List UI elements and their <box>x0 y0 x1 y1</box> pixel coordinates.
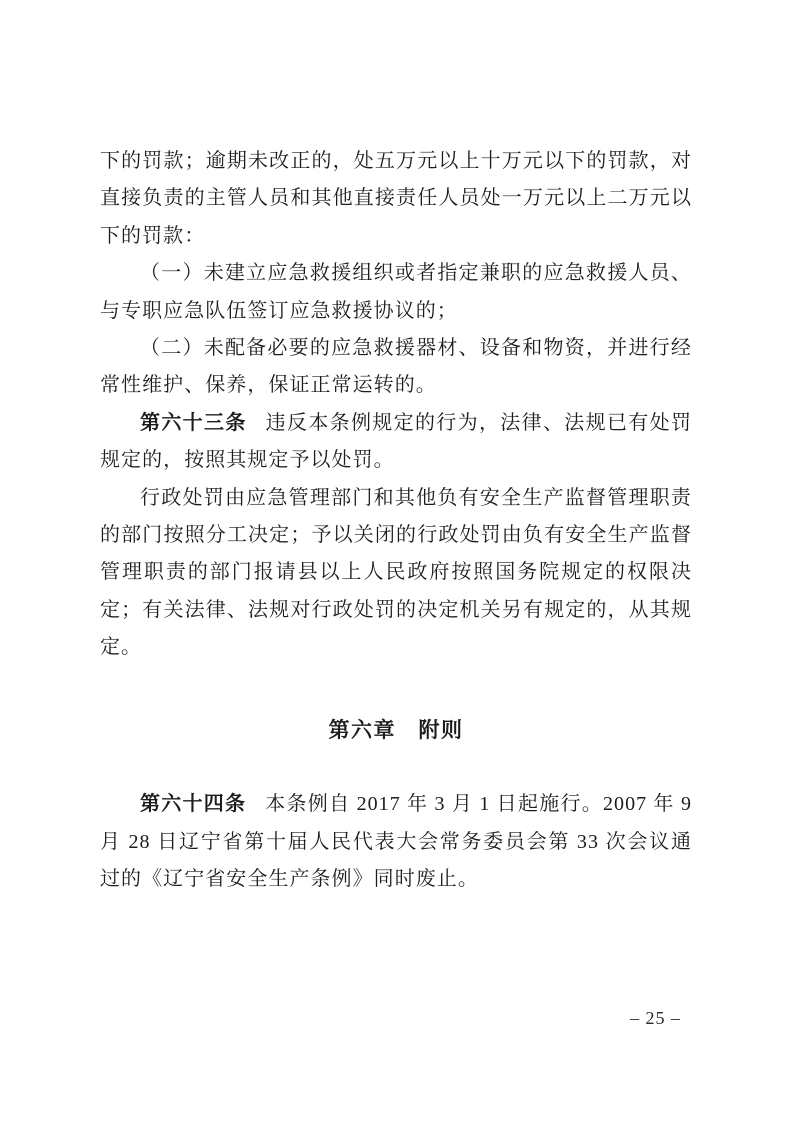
paragraph-penalty-continuation: 下的罚款；逾期未改正的，处五万元以上十万元以下的罚款，对直接负责的主管人员和其他… <box>100 143 692 255</box>
chapter-heading: 第六章 附则 <box>100 712 692 749</box>
document-page: 下的罚款；逾期未改正的，处五万元以上十万元以下的罚款，对直接负责的主管人员和其他… <box>0 0 793 1122</box>
list-item-2: （二）未配备必要的应急救援器材、设备和物资，并进行经常性维护、保养，保证正常运转… <box>100 330 692 405</box>
paragraph-article-64: 第六十四条本条例自 2017 年 3 月 1 日起施行。2007 年 9 月 2… <box>100 786 692 898</box>
document-body: 下的罚款；逾期未改正的，处五万元以上十万元以下的罚款，对直接负责的主管人员和其他… <box>100 143 692 898</box>
list-item-1: （一）未建立应急救援组织或者指定兼职的应急救援人员、与专职应急队伍签订应急救援协… <box>100 255 692 330</box>
article-64-label: 第六十四条 <box>140 793 246 815</box>
paragraph-article-63: 第六十三条违反本条例规定的行为，法律、法规已有处罚规定的，按照其规定予以处罚。 <box>100 405 692 480</box>
page-number: – 25 – <box>630 1008 681 1029</box>
article-63-label: 第六十三条 <box>140 412 247 434</box>
paragraph-admin-penalty: 行政处罚由应急管理部门和其他负有安全生产监督管理职责的部门按照分工决定；予以关闭… <box>100 480 692 667</box>
